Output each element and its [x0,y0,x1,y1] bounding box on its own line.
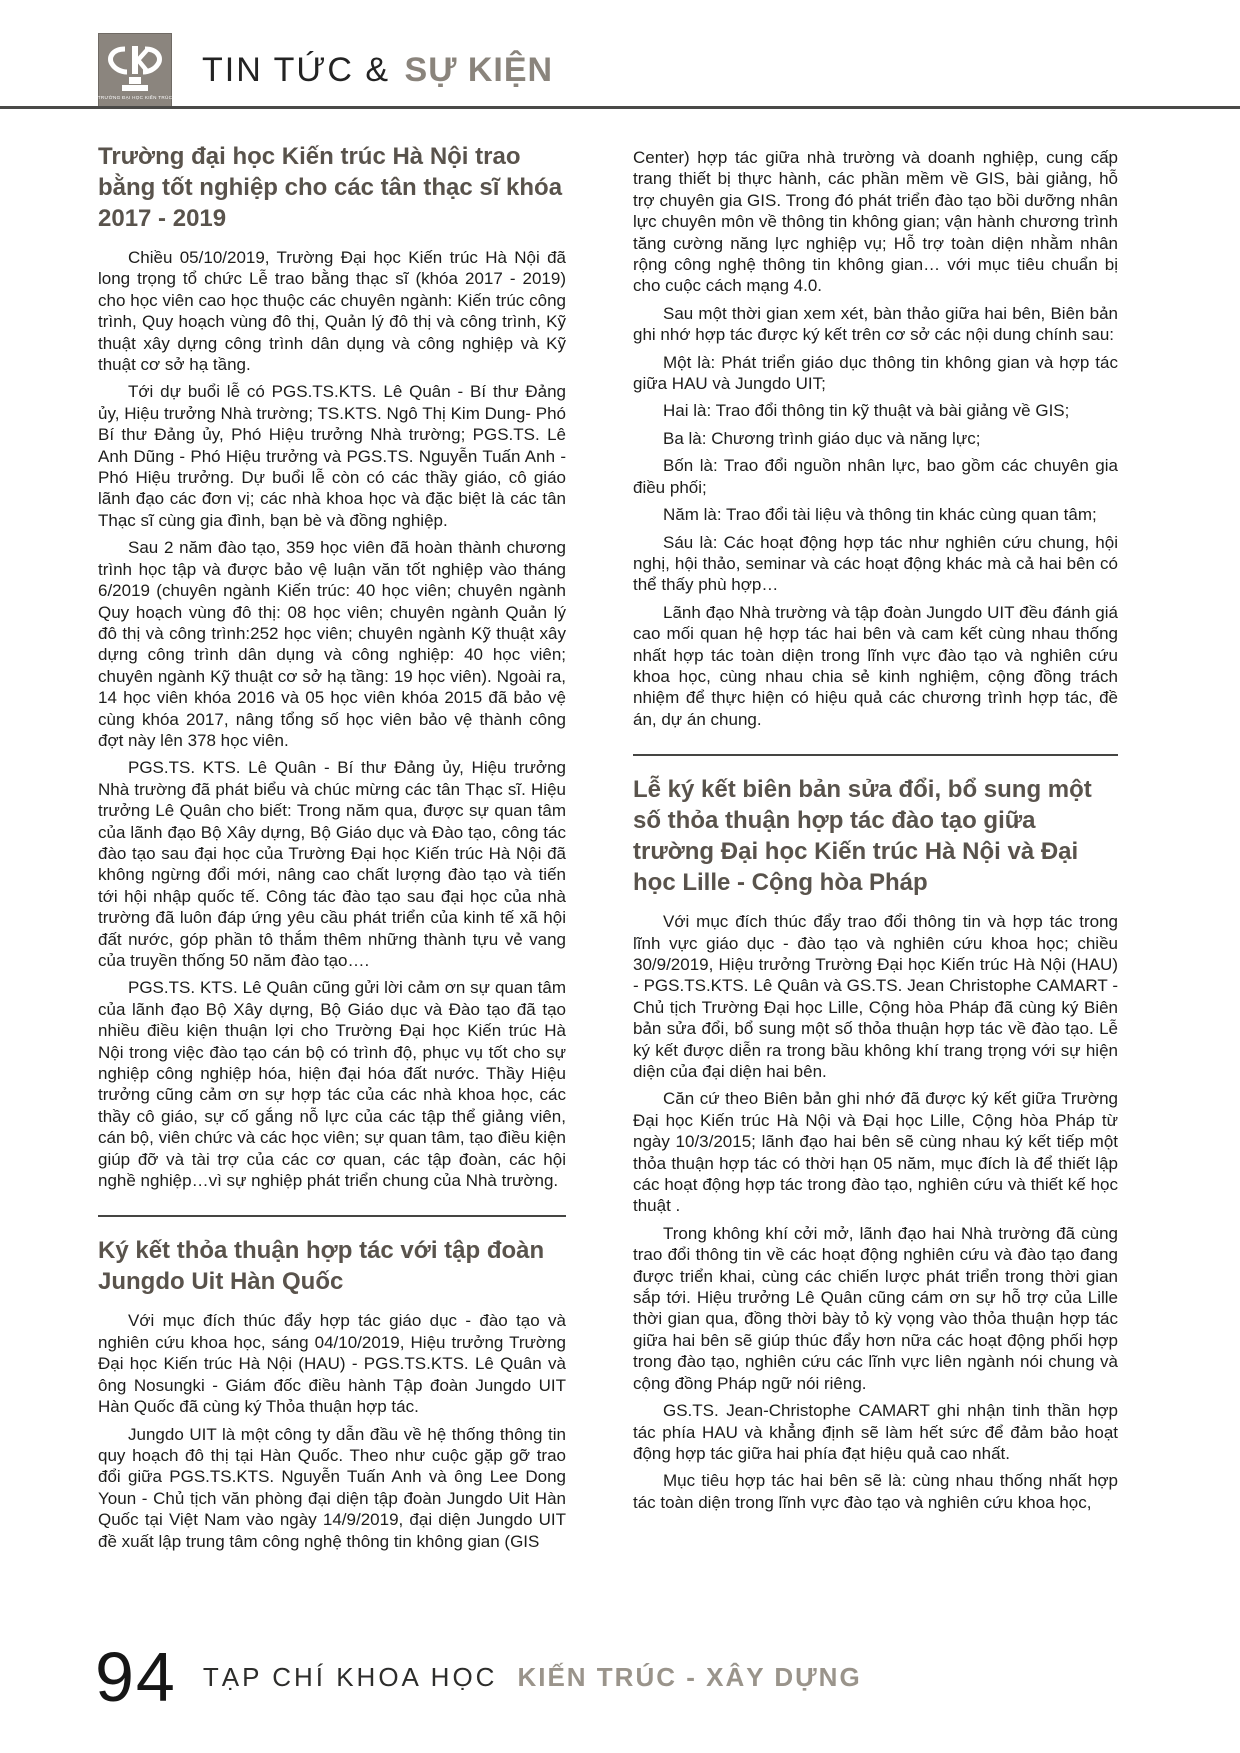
journal-name-light: TẠP CHÍ KHOA HỌC [203,1662,498,1693]
journal-name-bold: KIẾN TRÚC - XÂY DỰNG [517,1662,861,1693]
page-footer: 94 TẠP CHÍ KHOA HỌC KIẾN TRÚC - XÂY DỰNG [95,1642,862,1712]
article3-paragraph: GS.TS. Jean-Christophe CAMART ghi nhận t… [633,1400,1118,1464]
masthead-light-text: TIN TỨC & [202,51,390,89]
right-column: Center) hợp tác giữa nhà trường và doanh… [633,141,1118,1519]
article2-list-item: Hai là: Trao đổi thông tin kỹ thuật và b… [633,400,1118,421]
article2-paragraph-continued: Center) hợp tác giữa nhà trường và doanh… [633,147,1118,297]
masthead-title: TIN TỨC & SỰ KIỆN [202,51,553,90]
article3-paragraph: Mục tiêu hợp tác hai bên sẽ là: cùng nha… [633,1470,1118,1513]
article3-title: Lễ ký kết biên bản sửa đổi, bổ sung một … [633,774,1118,898]
article1-paragraph: Tới dự buổi lễ có PGS.TS.KTS. Lê Quân - … [98,381,566,531]
header-rule [0,106,1240,109]
magazine-page: TRƯỜNG ĐẠI HỌC KIẾN TRÚC TIN TỨC & SỰ KI… [0,0,1240,1753]
article2-list-item: Ba là: Chương trình giáo dục và năng lực… [633,428,1118,449]
section-divider [633,754,1118,756]
article1-title: Trường đại học Kiến trúc Hà Nội trao bằn… [98,141,566,234]
university-emblem-icon: TRƯỜNG ĐẠI HỌC KIẾN TRÚC [98,33,172,107]
article2-list-item: Năm là: Trao đổi tài liệu và thông tin k… [633,504,1118,525]
article2-paragraph: Sau một thời gian xem xét, bàn thảo giữa… [633,303,1118,346]
page-header: TRƯỜNG ĐẠI HỌC KIẾN TRÚC TIN TỨC & SỰ KI… [98,33,553,107]
article2-paragraph: Lãnh đạo Nhà trường và tập đoàn Jungdo U… [633,602,1118,730]
article1-paragraph: Sau 2 năm đào tạo, 359 học viên đã hoàn … [98,537,566,751]
article2-paragraph: Jungdo UIT là một công ty dẫn đầu về hệ … [98,1424,566,1552]
article2-paragraph: Với mục đích thúc đẩy hợp tác giáo dục -… [98,1310,566,1417]
page-number: 94 [95,1642,177,1712]
logo-caption: TRƯỜNG ĐẠI HỌC KIẾN TRÚC [98,94,172,100]
section-divider [98,1215,566,1217]
article3-paragraph: Với mục đích thúc đẩy trao đổi thông tin… [633,911,1118,1082]
article2-list-item: Một là: Phát triển giáo dục thông tin kh… [633,352,1118,395]
article2-title: Ký kết thỏa thuận hợp tác với tập đoàn J… [98,1235,566,1297]
article1-paragraph: PGS.TS. KTS. Lê Quân - Bí thư Đảng ủy, H… [98,757,566,971]
masthead-bold-text: SỰ KIỆN [405,51,554,89]
article2-list-item: Bốn là: Trao đổi nguồn nhân lực, bao gồm… [633,455,1118,498]
article1-paragraph: Chiều 05/10/2019, Trường Đại học Kiến tr… [98,247,566,375]
university-logo: TRƯỜNG ĐẠI HỌC KIẾN TRÚC [98,33,172,107]
article1-paragraph: PGS.TS. KTS. Lê Quân cũng gửi lời cảm ơn… [98,977,566,1191]
article3-paragraph: Trong không khí cởi mở, lãnh đạo hai Nhà… [633,1223,1118,1394]
left-column: Trường đại học Kiến trúc Hà Nội trao bằn… [98,141,566,1558]
article3-paragraph: Căn cứ theo Biên bản ghi nhớ đã được ký … [633,1088,1118,1216]
article2-list-item: Sáu là: Các hoạt động hợp tác như nghiên… [633,532,1118,596]
